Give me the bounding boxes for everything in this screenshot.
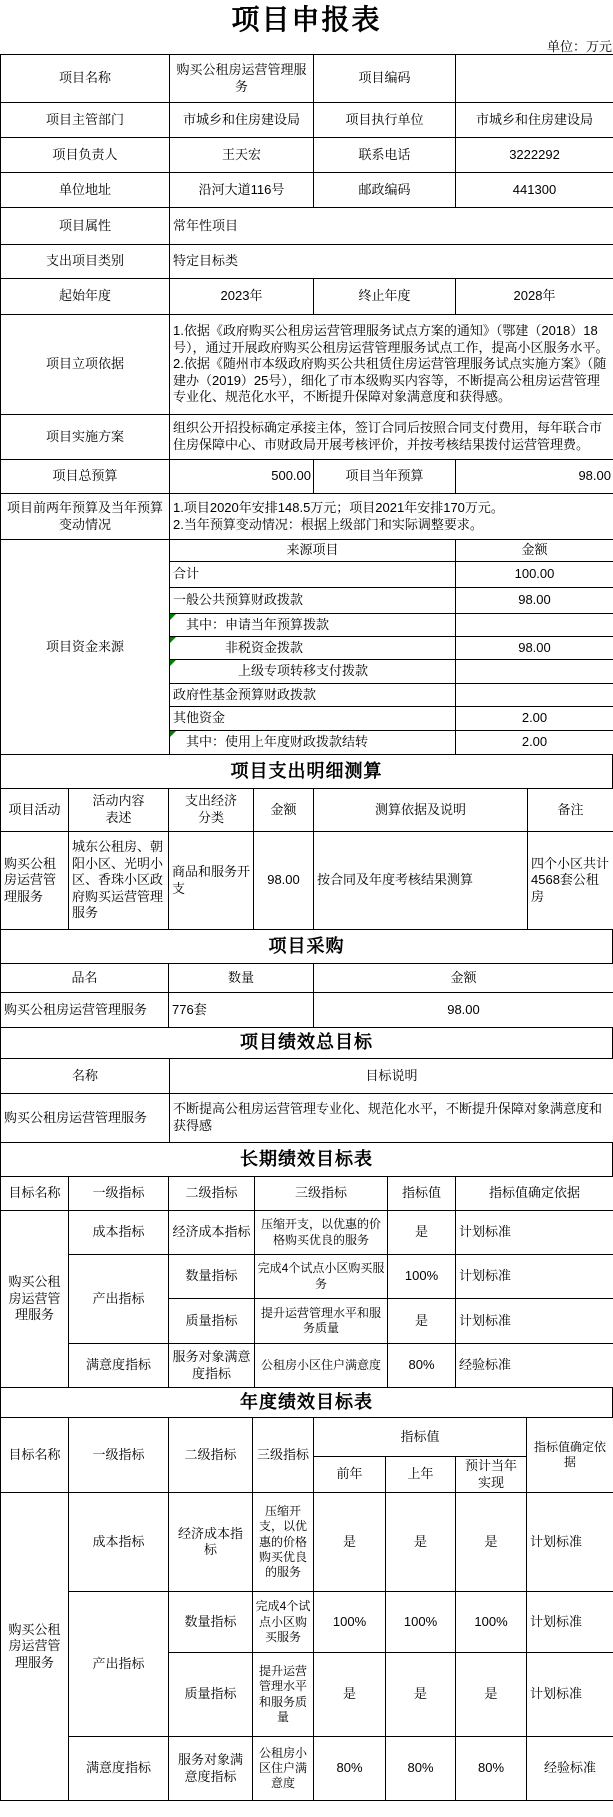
postcode-label: 邮政编码 (314, 173, 456, 208)
funding-source-cell: 合计 (170, 562, 456, 588)
header-level2: 二级指标 (169, 1418, 253, 1493)
level2-cell: 数量指标 (169, 1592, 253, 1653)
row-prior-budgets: 项目前两年预算及当年预算 变动情况 1.项目2020年安排148.5万元；项目2… (1, 494, 613, 540)
comment-marker-icon (170, 637, 176, 643)
project-basis-value: 1.依据《政府购买公租房运营管理服务试点方案的通知》（鄂建（2018）18号），… (170, 315, 613, 415)
level2-cell: 经济成本指标 (169, 1211, 255, 1255)
funding-source-text: 其中：申请当年预算拨款 (173, 617, 329, 632)
header-level3: 三级指标 (255, 1177, 388, 1211)
header-level3: 三级指标 (253, 1418, 314, 1493)
row-project-attribute: 项目属性 常年性项目 (1, 208, 613, 245)
level3-cell: 提升运营管理水平和服务质量 (255, 1299, 388, 1344)
funding-amount-cell: 100.00 (456, 562, 613, 588)
attribute-label: 项目属性 (1, 208, 170, 245)
page-title: 项目申报表 (0, 2, 613, 38)
funding-col-source: 来源项目 (170, 540, 456, 562)
funding-source-label: 项目资金来源 (1, 540, 170, 755)
level3-cell: 完成4个试点小区购买服务 (255, 1255, 388, 1299)
quantity-cell: 776套 (169, 993, 314, 1028)
funding-source-cell: 上级专项转移支付拨款 (170, 660, 456, 684)
header-level1: 一级指标 (69, 1418, 169, 1493)
header-category: 支出经济 分类 (169, 789, 254, 832)
supervisor-dept-label: 项目主管部门 (1, 103, 170, 138)
executing-unit-value: 市城乡和住房建设局 (456, 103, 613, 138)
indicator-value-cell: 80% (388, 1344, 456, 1388)
header-basis: 测算依据及说明 (314, 789, 528, 832)
goal-desc-cell: 不断提高公租房运营管理专业化、规范化水平，不断提升保障对象满意度和获得感 (170, 1094, 613, 1143)
funding-amount-cell (456, 614, 613, 637)
funding-source-cell: 其中：申请当年预算拨款 (170, 614, 456, 637)
funding-amount-cell: 98.00 (456, 637, 613, 660)
longterm-row-cost: 购买公租房运营管理服务 成本指标 经济成本指标 压缩开支，以优惠的价格购买优良的… (1, 1211, 613, 1255)
value-basis-cell: 计划标准 (456, 1211, 613, 1255)
header-indicator-value-group: 指标值 (314, 1418, 527, 1457)
level3-cell: 压缩开支，以优惠的价格购买优良的服务 (253, 1493, 314, 1592)
attribute-value: 常年性项目 (170, 208, 613, 245)
section-title: 项目采购 (1, 930, 613, 964)
project-name-value: 购买公租房运营管理服务 (170, 55, 314, 103)
category-cell: 商品和服务开支 (169, 832, 254, 930)
phone-label: 联系电话 (314, 138, 456, 173)
header-expected-current-year: 预计当年 实现 (456, 1457, 527, 1493)
longterm-goals-table: 目标名称 一级指标 二级指标 三级指标 指标值 指标值确定依据 购买公租房运营管… (0, 1176, 613, 1388)
indicator-value-cell: 是 (388, 1299, 456, 1344)
level2-cell: 质量指标 (169, 1299, 255, 1344)
project-name-label: 项目名称 (1, 55, 170, 103)
amount-cell: 98.00 (314, 993, 613, 1028)
basis-cell: 按合同及年度考核结果测算 (314, 832, 528, 930)
comment-marker-icon (170, 731, 176, 737)
value-year-before-last: 100% (314, 1592, 386, 1653)
header-amount: 金额 (314, 964, 613, 993)
implementation-plan-value: 组织公开招投标确定承接主体，签订合同后按照合同支付费用，每年联合市住房保障中心、… (170, 415, 613, 460)
annual-row-satisfaction: 满意度指标 服务对象满意度指标 公租房小区住户满意度 80% 80% 80% 经… (1, 1737, 613, 1801)
procurement-table: 品名 数量 金额 购买公租房运营管理服务 776套 98.00 (0, 963, 613, 1028)
level1-cell: 满意度指标 (69, 1344, 169, 1388)
header-level2: 二级指标 (169, 1177, 255, 1211)
row-implementation-plan: 项目实施方案 组织公开招投标确定承接主体，签订合同后按照合同支付费用，每年联合市… (1, 415, 613, 460)
overall-goal-table: 名称 目标说明 购买公租房运营管理服务 不断提高公租房运营管理专业化、规范化水平… (0, 1058, 613, 1143)
header-note: 备注 (528, 789, 613, 832)
value-basis-cell: 经验标准 (527, 1737, 613, 1801)
funding-amount-cell: 2.00 (456, 731, 613, 755)
row-project-name: 项目名称 购买公租房运营管理服务 项目编码 (1, 55, 613, 103)
project-basis-label: 项目立项依据 (1, 315, 170, 415)
activity-cell: 购买公租房运营管理服务 (1, 832, 69, 930)
level2-cell: 服务对象满意度指标 (169, 1737, 253, 1801)
expense-detail-data-row: 购买公租房运营管理服务 城东公租房、朝阳小区、光明小区、香珠小区政府购买运营管理… (1, 832, 613, 930)
total-budget-value: 500.00 (170, 460, 314, 494)
postcode-value: 441300 (456, 173, 613, 208)
item-name-cell: 购买公租房运营管理服务 (1, 993, 169, 1028)
header-level1: 一级指标 (69, 1177, 169, 1211)
funding-source-cell: 政府性基金预算财政拨款 (170, 684, 456, 707)
declaration-form-page: 项目申报表 单位：万元 项目名称 购买公租房运营管理服务 项目编码 项目主管部门… (0, 2, 613, 1801)
section-expense-detail: 项目支出明细测算 (0, 754, 613, 789)
value-basis-cell: 计划标准 (527, 1653, 613, 1737)
annual-row-quantity: 产出指标 数量指标 完成4个试点小区购买服务 100% 100% 100% 计划… (1, 1592, 613, 1653)
header-year-before-last: 前年 (314, 1457, 386, 1493)
funding-header-row: 项目资金来源 来源项目 金额 (1, 540, 613, 562)
header-goal-name: 目标名称 (1, 1177, 69, 1211)
level2-cell: 经济成本指标 (169, 1493, 253, 1592)
expense-detail-table: 项目活动 活动内容 表述 支出经济 分类 金额 测算依据及说明 备注 购买公租房… (0, 788, 613, 930)
overall-goal-header-row: 名称 目标说明 (1, 1059, 613, 1094)
level3-cell: 提升运营管理水平和服务质量 (253, 1653, 314, 1737)
funding-col-amount: 金额 (456, 540, 613, 562)
funding-source-text: 非税资金拨款 (173, 640, 303, 655)
note-cell: 四个小区共计4568套公租房 (528, 832, 613, 930)
value-current-year: 100% (456, 1592, 527, 1653)
expense-detail-header-row: 项目活动 活动内容 表述 支出经济 分类 金额 测算依据及说明 备注 (1, 789, 613, 832)
row-departments: 项目主管部门 市城乡和住房建设局 项目执行单位 市城乡和住房建设局 (1, 103, 613, 138)
current-year-budget-label: 项目当年预算 (314, 460, 456, 494)
value-last-year: 100% (386, 1592, 456, 1653)
indicator-value-cell: 100% (388, 1255, 456, 1299)
value-current-year: 80% (456, 1737, 527, 1801)
funding-amount-cell: 2.00 (456, 707, 613, 731)
funding-source-cell: 其中：使用上年度财政拨款结转 (170, 731, 456, 755)
row-budgets: 项目总预算 500.00 项目当年预算 98.00 (1, 460, 613, 494)
level1-cell: 满意度指标 (69, 1737, 169, 1801)
header-indicator-value: 指标值 (388, 1177, 456, 1211)
section-annual-goals: 年度绩效目标表 (0, 1387, 613, 1418)
start-year-value: 2023年 (170, 279, 314, 315)
level3-cell: 公租房小区住户满意度 (255, 1344, 388, 1388)
value-last-year: 80% (386, 1737, 456, 1801)
goal-name-cell: 购买公租房运营管理服务 (1, 1493, 69, 1801)
level3-cell: 压缩开支，以优惠的价格购买优良的服务 (255, 1211, 388, 1255)
header-goal-desc: 目标说明 (170, 1059, 613, 1094)
funding-source-cell: 非税资金拨款 (170, 637, 456, 660)
longterm-header-row: 目标名称 一级指标 二级指标 三级指标 指标值 指标值确定依据 (1, 1177, 613, 1211)
implementation-plan-label: 项目实施方案 (1, 415, 170, 460)
comment-marker-icon (170, 614, 176, 620)
row-years: 起始年度 2023年 终止年度 2028年 (1, 279, 613, 315)
longterm-row-quantity: 产出指标 数量指标 完成4个试点小区购买服务 100% 计划标准 (1, 1255, 613, 1299)
level3-cell: 完成4个试点小区购买服务 (253, 1592, 314, 1653)
unit-note: 单位：万元 (0, 38, 613, 55)
funding-source-text: 其中：使用上年度财政拨款结转 (173, 734, 368, 749)
prior-budgets-label: 项目前两年预算及当年预算 变动情况 (1, 494, 170, 540)
supervisor-dept-value: 市城乡和住房建设局 (170, 103, 314, 138)
prior-budgets-value: 1.项目2020年安排148.5万元；项目2021年安排170万元。 2.当年预… (170, 494, 613, 540)
content-cell: 城东公租房、朝阳小区、光明小区、香珠小区政府购买运营管理服务 (69, 832, 169, 930)
value-basis-cell: 经验标准 (456, 1344, 613, 1388)
value-current-year: 是 (456, 1493, 527, 1592)
funding-amount-cell: 98.00 (456, 588, 613, 614)
goal-name-cell: 购买公租房运营管理服务 (1, 1211, 69, 1388)
row-project-basis: 项目立项依据 1.依据《政府购买公租房运营管理服务试点方案的通知》（鄂建（201… (1, 315, 613, 415)
longterm-row-satisfaction: 满意度指标 服务对象满意度指标 公租房小区住户满意度 80% 经验标准 (1, 1344, 613, 1388)
header-last-year: 上年 (386, 1457, 456, 1493)
value-year-before-last: 是 (314, 1493, 386, 1592)
basic-info-table: 项目名称 购买公租房运营管理服务 项目编码 项目主管部门 市城乡和住房建设局 项… (0, 54, 613, 755)
project-code-label: 项目编码 (314, 55, 456, 103)
end-year-label: 终止年度 (314, 279, 456, 315)
section-title: 长期绩效目标表 (1, 1143, 613, 1177)
header-value-basis: 指标值确定依据 (456, 1177, 613, 1211)
section-procurement: 项目采购 (0, 929, 613, 964)
level1-cell: 产出指标 (69, 1255, 169, 1344)
value-current-year: 是 (456, 1653, 527, 1737)
procurement-header-row: 品名 数量 金额 (1, 964, 613, 993)
row-address-postcode: 单位地址 沿河大道116号 邮政编码 441300 (1, 173, 613, 208)
level1-cell: 产出指标 (69, 1592, 169, 1737)
value-basis-cell: 计划标准 (456, 1299, 613, 1344)
level1-cell: 成本指标 (69, 1493, 169, 1592)
total-budget-label: 项目总预算 (1, 460, 170, 494)
header-goal-name: 名称 (1, 1059, 170, 1094)
header-activity: 项目活动 (1, 789, 69, 832)
section-title: 年度绩效目标表 (1, 1388, 613, 1418)
end-year-value: 2028年 (456, 279, 613, 315)
header-quantity: 数量 (169, 964, 314, 993)
level2-cell: 服务对象满意度指标 (169, 1344, 255, 1388)
leader-value: 王天宏 (170, 138, 314, 173)
row-leader-phone: 项目负责人 王天宏 联系电话 3222292 (1, 138, 613, 173)
value-last-year: 是 (386, 1653, 456, 1737)
indicator-value-cell: 是 (388, 1211, 456, 1255)
value-year-before-last: 是 (314, 1653, 386, 1737)
comment-marker-icon (170, 660, 176, 666)
funding-source-cell: 一般公共预算财政拨款 (170, 588, 456, 614)
section-title: 项目绩效总目标 (1, 1028, 613, 1059)
value-year-before-last: 80% (314, 1737, 386, 1801)
project-code-value (456, 55, 613, 103)
header-amount: 金额 (254, 789, 314, 832)
overall-goal-data-row: 购买公租房运营管理服务 不断提高公租房运营管理专业化、规范化水平，不断提升保障对… (1, 1094, 613, 1143)
section-overall-goal: 项目绩效总目标 (0, 1027, 613, 1059)
header-content: 活动内容 表述 (69, 789, 169, 832)
funding-amount-cell (456, 660, 613, 684)
value-basis-cell: 计划标准 (527, 1493, 613, 1592)
current-year-budget-value: 98.00 (456, 460, 613, 494)
start-year-label: 起始年度 (1, 279, 170, 315)
annual-row-cost: 购买公租房运营管理服务 成本指标 经济成本指标 压缩开支，以优惠的价格购买优良的… (1, 1493, 613, 1592)
section-title: 项目支出明细测算 (1, 755, 613, 789)
header-item-name: 品名 (1, 964, 169, 993)
level3-cell: 公租房小区住户满意度 (253, 1737, 314, 1801)
expense-category-value: 特定目标类 (170, 245, 613, 279)
leader-label: 项目负责人 (1, 138, 170, 173)
header-goal-name: 目标名称 (1, 1418, 69, 1493)
row-expense-category: 支出项目类别 特定目标类 (1, 245, 613, 279)
level1-cell: 成本指标 (69, 1211, 169, 1255)
funding-source-text: 上级专项转移支付拨款 (173, 663, 368, 678)
annual-header-row-1: 目标名称 一级指标 二级指标 三级指标 指标值 指标值确定依 据 (1, 1418, 613, 1457)
executing-unit-label: 项目执行单位 (314, 103, 456, 138)
annual-goals-table: 目标名称 一级指标 二级指标 三级指标 指标值 指标值确定依 据 前年 上年 预… (0, 1417, 613, 1801)
expense-category-label: 支出项目类别 (1, 245, 170, 279)
phone-value: 3222292 (456, 138, 613, 173)
funding-source-cell: 其他资金 (170, 707, 456, 731)
address-label: 单位地址 (1, 173, 170, 208)
amount-cell: 98.00 (254, 832, 314, 930)
header-value-basis: 指标值确定依 据 (527, 1418, 613, 1493)
value-basis-cell: 计划标准 (527, 1592, 613, 1653)
section-longterm-goals: 长期绩效目标表 (0, 1142, 613, 1177)
value-last-year: 是 (386, 1493, 456, 1592)
level2-cell: 质量指标 (169, 1653, 253, 1737)
address-value: 沿河大道116号 (170, 173, 314, 208)
goal-name-cell: 购买公租房运营管理服务 (1, 1094, 170, 1143)
value-basis-cell: 计划标准 (456, 1255, 613, 1299)
funding-amount-cell (456, 684, 613, 707)
procurement-data-row: 购买公租房运营管理服务 776套 98.00 (1, 993, 613, 1028)
level2-cell: 数量指标 (169, 1255, 255, 1299)
